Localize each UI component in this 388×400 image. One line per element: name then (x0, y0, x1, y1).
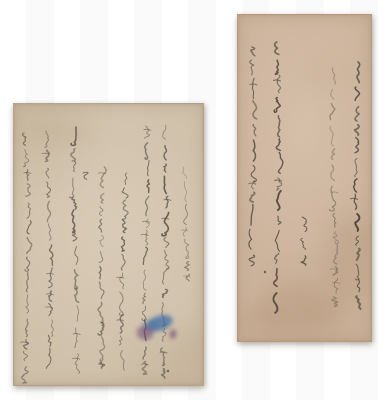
calligraphy-column-1 (181, 167, 190, 281)
right-strip-calligraphy (237, 14, 372, 342)
calligraphy-column-8 (21, 133, 32, 383)
photo-background (0, 0, 388, 400)
calligraphy-column-4 (273, 42, 282, 313)
paper-stains (237, 56, 371, 340)
left-manuscript-page (13, 103, 204, 386)
paper-stains (33, 119, 204, 381)
right-manuscript-strip (237, 14, 372, 342)
extra-marks (264, 271, 266, 273)
calligraphy-column-2 (160, 125, 171, 378)
calligraphy-column-5 (249, 47, 257, 266)
calligraphy-column-6 (69, 127, 80, 373)
calligraphy-column-4 (117, 173, 128, 370)
calligraphy-column-7 (42, 131, 54, 368)
extra-marks (83, 172, 169, 372)
left-page-calligraphy (13, 103, 204, 386)
calligraphy-column-3 (301, 217, 307, 265)
calligraphy-column-5 (98, 167, 106, 368)
blue-ink-stain (136, 312, 177, 341)
